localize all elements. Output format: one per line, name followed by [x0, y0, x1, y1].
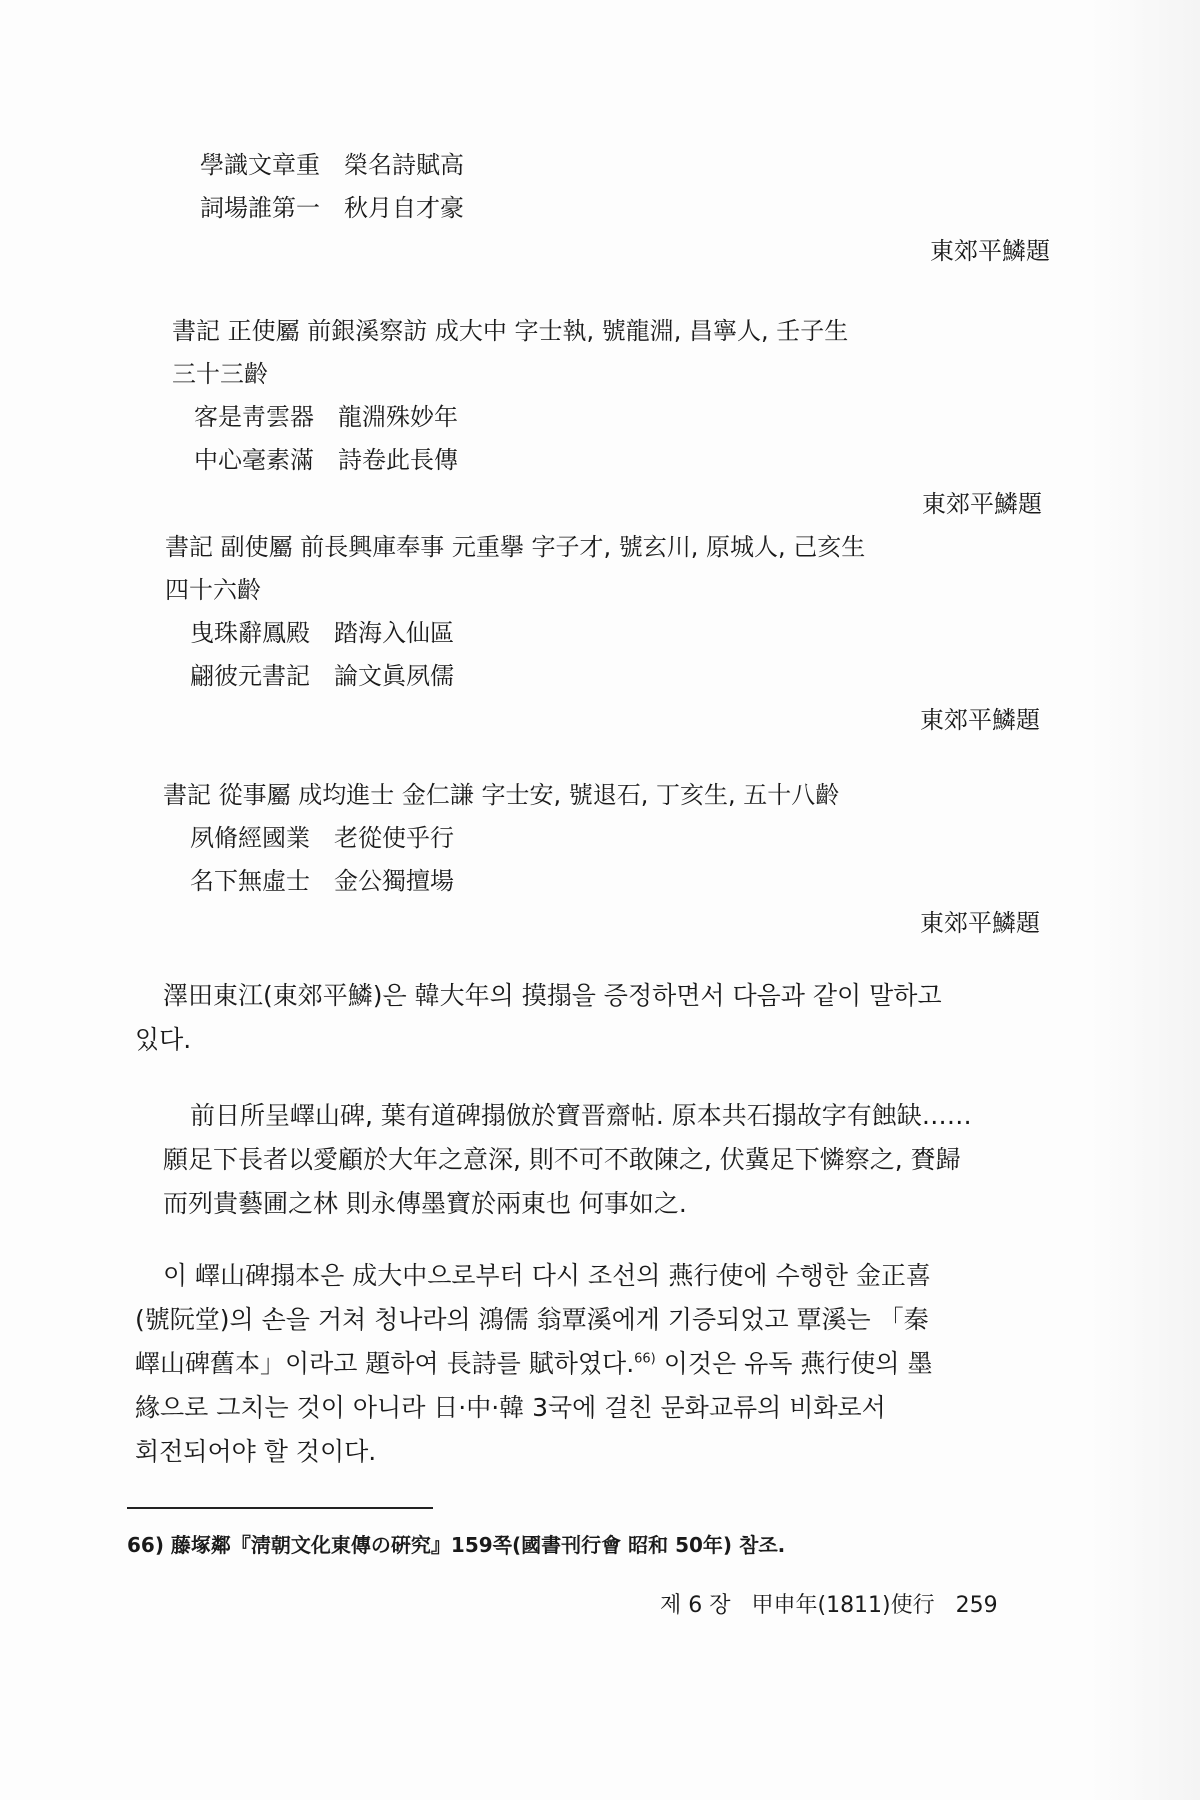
poem-1-verse-2: 詞場誰第一 秋月自才豪 [200, 193, 464, 223]
poem-2-verse-2: 中心毫素滿 詩卷此長傳 [194, 445, 458, 475]
quote-line-3: 而列貴藝圃之林 則永傳墨寶於兩東也 何事如之. [163, 1189, 687, 1219]
closing-line-4: 緣으로 그치는 것이 아니라 日·中·韓 3국에 걸친 문화교류의 비화로서 [135, 1393, 886, 1423]
poem-2-header-cont: 三十三齡 [172, 359, 268, 389]
poem-2-header: 書記 正使屬 前銀溪察訪 成大中 字士執, 號龍淵, 昌寧人, 壬子生 [172, 316, 848, 346]
chapter-label: 제 6 장 [660, 1593, 731, 1618]
page-number: 259 [956, 1593, 998, 1618]
poem-1-signature: 東郊平鱗題 [930, 236, 1050, 266]
poem-4-verse-1: 夙脩經國業 老從使乎行 [190, 823, 454, 853]
running-footer: 제 6 장 甲申年(1811)使行 259 [660, 1592, 998, 1620]
closing-line-1: 이 嶧山碑搨本은 成大中으로부터 다시 조선의 燕行使에 수행한 金正喜 [163, 1261, 931, 1291]
footnote-divider [127, 1507, 433, 1509]
poem-3-verse-1: 曳珠辭鳳殿 踏海入仙區 [190, 618, 454, 648]
footnote-reference[interactable]: 66) [634, 1352, 656, 1367]
footnote-66: 66) 藤塚鄰『淸朝文化東傳の硏究』159쪽(國書刊行會 昭和 50年) 참조. [127, 1532, 785, 1558]
closing-line-3-text: 嶧山碑舊本」이라고 題하여 長詩를 賦하였다. [135, 1349, 634, 1378]
poem-3-verse-2: 翩彼元書記 論文眞夙儒 [190, 661, 454, 691]
poem-1-verse-1: 學識文章重 榮名詩賦高 [200, 150, 464, 180]
closing-line-2: (號阮堂)의 손을 거쳐 청나라의 鴻儒 翁覃溪에게 기증되었고 覃溪는 「秦 [135, 1305, 929, 1335]
poem-3-header-cont: 四十六齡 [165, 575, 261, 605]
page-edge-shadow [1090, 0, 1200, 1800]
closing-line-5: 회전되어야 할 것이다. [135, 1437, 376, 1467]
poem-2-verse-1: 客是靑雲器 龍淵殊妙年 [194, 402, 458, 432]
poem-4-signature: 東郊平鱗題 [920, 908, 1040, 938]
quote-line-1: 前日所呈嶧山碑, 葉有道碑搨倣於寶晋齋帖. 原本共石搨故字有蝕缺…… [190, 1101, 972, 1131]
closing-line-3: 嶧山碑舊本」이라고 題하여 長詩를 賦하였다.66) 이것은 유독 燕行使의 墨 [135, 1349, 932, 1379]
quote-line-2: 願足下長者以愛顧於大年之意深, 則不可不敢陳之, 伏冀足下憐察之, 賚歸 [163, 1145, 961, 1175]
closing-line-3-tail: 이것은 유독 燕行使의 墨 [656, 1349, 933, 1378]
poem-4-header: 書記 從事屬 成均進士 金仁謙 字士安, 號退石, 丁亥生, 五十八齡 [163, 780, 839, 810]
poem-4-verse-2: 名下無虛士 金公獨擅場 [190, 866, 454, 896]
intro-paragraph-line-1: 澤田東江(東郊平鱗)은 韓大年의 摸搨을 증정하면서 다음과 같이 말하고 [163, 981, 942, 1011]
poem-2-signature: 東郊平鱗題 [922, 489, 1042, 519]
poem-3-header: 書記 副使屬 前長興庫奉事 元重擧 字子才, 號玄川, 原城人, 己亥生 [165, 532, 865, 562]
poem-3-signature: 東郊平鱗題 [920, 705, 1040, 735]
chapter-title: 甲申年(1811)使行 [751, 1593, 934, 1618]
intro-paragraph-line-2: 있다. [135, 1025, 191, 1055]
